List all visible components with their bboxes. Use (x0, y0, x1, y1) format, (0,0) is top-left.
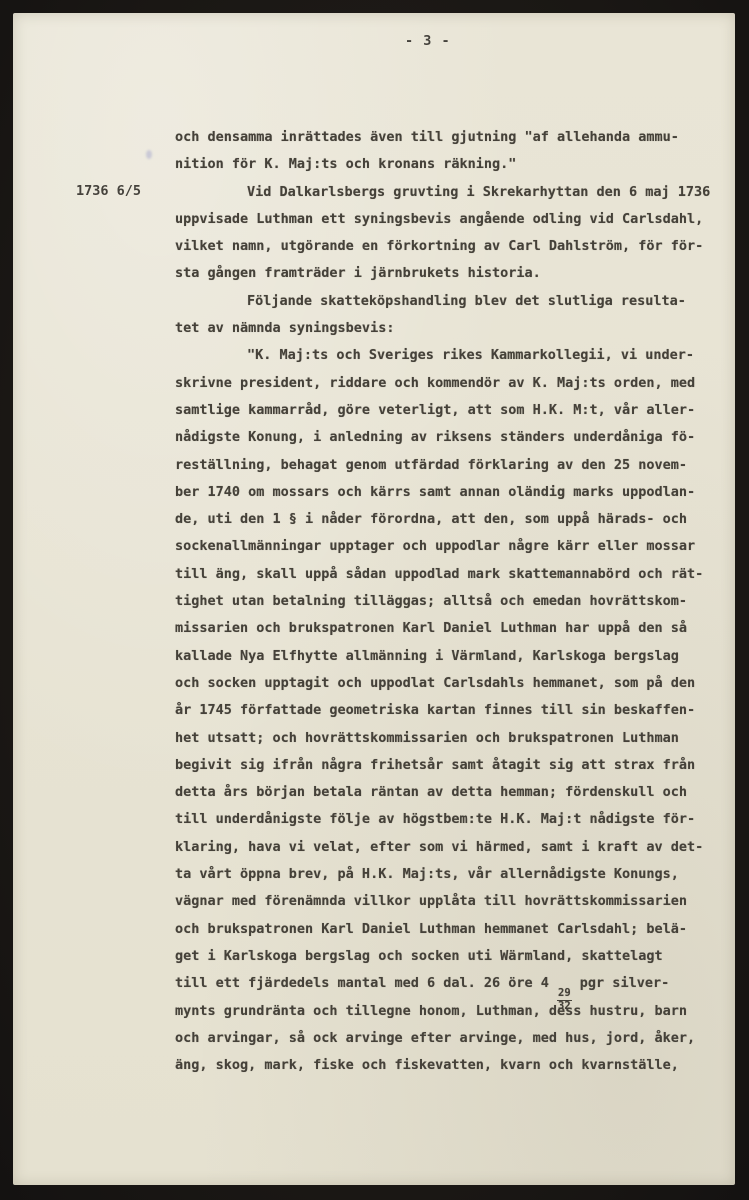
text-line: sta gången framträder i järnbrukets hist… (175, 260, 730, 287)
text-line: "K. Maj:ts och Sveriges rikes Kammarkoll… (175, 342, 730, 369)
text-line: och brukspatronen Karl Daniel Luthman he… (175, 916, 730, 943)
paragraph: Vid Dalkarlsbergs gruvting i Skrekarhytt… (175, 179, 730, 288)
text-line: tighet utan betalning tilläggas; alltså … (175, 588, 730, 615)
text-line: år 1745 författade geometriska kartan fi… (175, 697, 730, 724)
paragraph: "K. Maj:ts och Sveriges rikes Kammarkoll… (175, 342, 730, 1079)
text-line: till ett fjärdedels mantal med 6 dal. 26… (175, 970, 730, 997)
text-line: het utsatt; och hovrättskommissarien och… (175, 725, 730, 752)
text-line: till äng, skall uppå sådan uppodlad mark… (175, 561, 730, 588)
text-line: get i Karlskoga bergslag och socken uti … (175, 943, 730, 970)
text-line: och arvingar, så ock arvinge efter arvin… (175, 1025, 730, 1052)
text-line: mynts grundränta och tillegne honom, Lut… (175, 998, 730, 1025)
ink-smudge (146, 150, 152, 159)
text-line: reställning, behagat genom utfärdad förk… (175, 452, 730, 479)
scan-background: { "page": { "number": "- 3 -", "margin_n… (0, 0, 749, 1200)
paragraph: Följande skatteköpshandling blev det slu… (175, 288, 730, 343)
text-line: detta års början betala räntan av detta … (175, 779, 730, 806)
text-line: skrivne president, riddare och kommendör… (175, 370, 730, 397)
text-line: äng, skog, mark, fiske och fiskevatten, … (175, 1052, 730, 1079)
margin-note-date: 1736 6/5 (76, 183, 141, 199)
text-line: kallade Nya Elfhytte allmänning i Värmla… (175, 643, 730, 670)
text-line: till underdånigste följe av högstbem:te … (175, 806, 730, 833)
text-line: vilket namn, utgörande en förkortning av… (175, 233, 730, 260)
text-line: ta vårt öppna brev, på H.K. Maj:ts, vår … (175, 861, 730, 888)
document-body: och densamma inrättades även till gjutni… (175, 124, 730, 1079)
text-line: uppvisade Luthman ett syningsbevis angåe… (175, 206, 730, 233)
text-line: nådigste Konung, i anledning av riksens … (175, 424, 730, 451)
text-line: och socken upptagit och uppodlat Carlsda… (175, 670, 730, 697)
text-line: och densamma inrättades även till gjutni… (175, 124, 730, 151)
page-number: - 3 - (405, 33, 451, 49)
text-line: vägnar med förenämnda villkor upplåta ti… (175, 888, 730, 915)
text-line: nition för K. Maj:ts och kronans räkning… (175, 151, 730, 178)
text-line: klaring, hava vi velat, efter som vi här… (175, 834, 730, 861)
document-page: - 3 - 1736 6/5 och densamma inrättades ä… (13, 13, 735, 1185)
text-line: begivit sig ifrån några frihetsår samt å… (175, 752, 730, 779)
text-segment: pgr silver- (572, 975, 670, 991)
text-line: Följande skatteköpshandling blev det slu… (175, 288, 730, 315)
text-line: ber 1740 om mossars och kärrs samt annan… (175, 479, 730, 506)
text-line: de, uti den 1 § i nåder förordna, att de… (175, 506, 730, 533)
text-line: tet av nämnda syningsbevis: (175, 315, 730, 342)
text-segment: till ett fjärdedels mantal med 6 dal. 26… (175, 975, 557, 991)
paragraph: och densamma inrättades även till gjutni… (175, 124, 730, 179)
text-line: missarien och brukspatronen Karl Daniel … (175, 615, 730, 642)
text-line: samtlige kammarråd, göre veterligt, att … (175, 397, 730, 424)
text-line: sockenallmänningar upptager och uppodlar… (175, 533, 730, 560)
text-line: Vid Dalkarlsbergs gruvting i Skrekarhytt… (175, 179, 730, 206)
